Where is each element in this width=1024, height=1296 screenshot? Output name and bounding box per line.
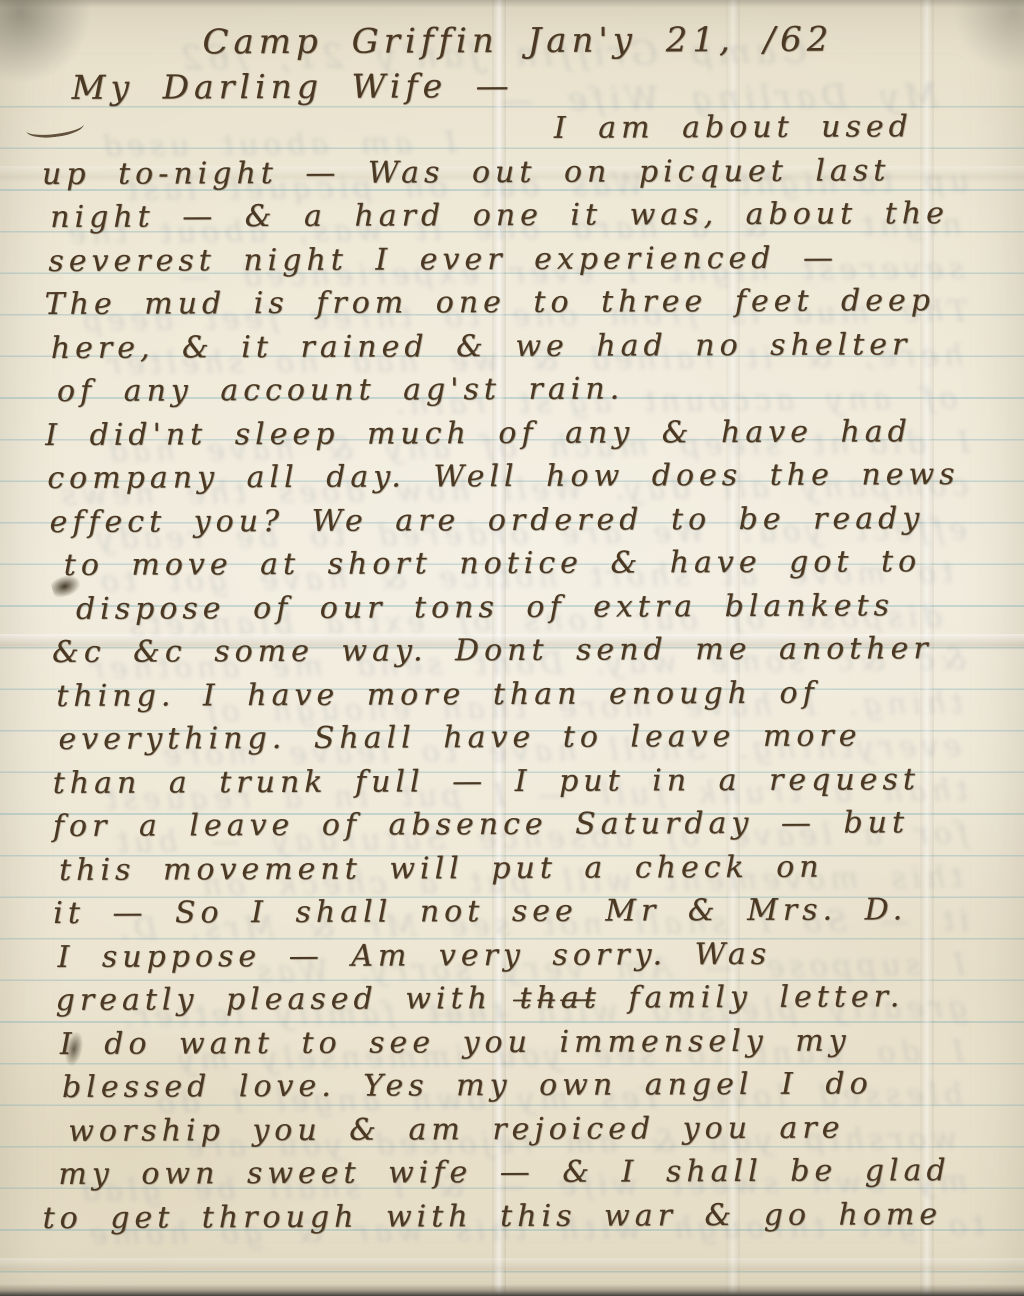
letter-line: here, & it rained & we had no shelter: [51, 322, 1023, 370]
letter-line: thing. I have more than enough of: [56, 670, 1024, 718]
letter-line: Camp Griffin Jan'y 21, /62: [202, 18, 1021, 65]
letter-line: dispose of our tons of extra blankets: [76, 583, 1024, 631]
letter-line: to get through with this war & go home: [42, 1192, 1024, 1240]
letter-text: Camp Griffin Jan'y 21, /62My Darling Wif…: [0, 18, 1024, 1240]
letter-line: I did'nt sleep much of any & have had: [45, 409, 1023, 457]
letter-line: I am about used: [554, 105, 1022, 151]
letter-line: greatly pleased with t̶h̶a̶t̶ family let…: [56, 975, 1024, 1023]
letter-page: Camp Griffin Jan'y 21, /62My Darling Wif…: [0, 0, 1024, 1296]
letter-line: effect you? We are ordered to be ready: [49, 496, 1023, 544]
letter-line: company all day. Well how does the news: [47, 453, 1023, 501]
letter-line: night — & a hard one it was, about the: [50, 192, 1022, 240]
letter-line: of any account ag'st rain.: [57, 366, 1023, 414]
letter-line: worship you & am rejoiced you are: [68, 1105, 1024, 1153]
letter-line: I suppose — Am very sorry. Was: [57, 931, 1024, 979]
horizontal-fold-crease: [0, 1258, 1024, 1274]
page-bottom-edge: [0, 1284, 1024, 1296]
letter-line: I do want to see you immensely my: [60, 1018, 1024, 1066]
letter-line: my own sweet wife — & I shall be glad: [58, 1149, 1024, 1197]
letter-line: blessed love. Yes my own angel I do: [62, 1062, 1024, 1110]
letter-line: everything. Shall have to leave more: [58, 714, 1024, 762]
letter-line: The mud is from one to three feet deep: [44, 279, 1022, 327]
letter-line: up to-night — Was out on picquet last: [42, 148, 1022, 196]
letter-line: to move at short notice & have got to: [64, 540, 1024, 588]
page-top-edge: [0, 0, 1024, 8]
letter-line: for a leave of absence Saturday — but: [53, 801, 1024, 849]
letter-line: this movement will put a check on: [59, 844, 1024, 892]
letter-line: &c &c some way. Dont send me another: [52, 627, 1024, 675]
letter-line: than a trunk full — I put in a request: [53, 757, 1024, 805]
letter-line: My Darling Wife —: [72, 61, 1022, 109]
letter-line: severest night I ever experienced —: [48, 235, 1022, 283]
letter-line: it — So I shall not see Mr & Mrs. D.: [53, 888, 1024, 936]
